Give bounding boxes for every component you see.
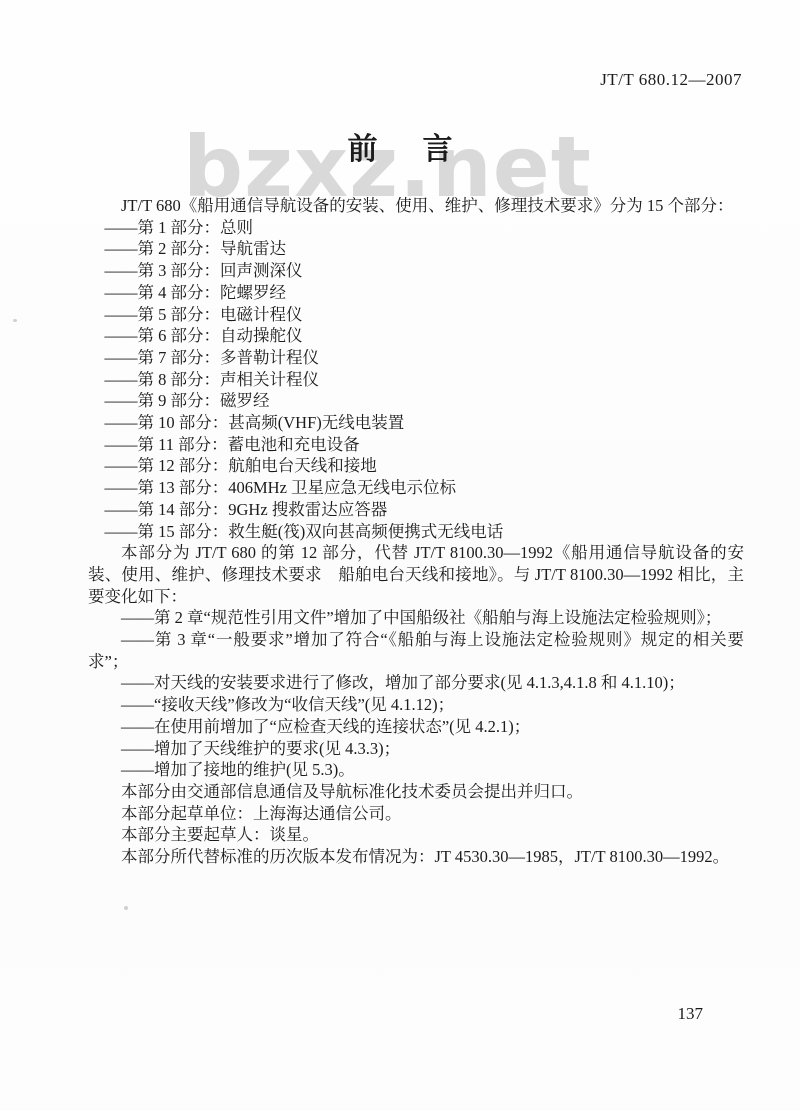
closing-line: 本部分由交通部信息通信及导航标准化技术委员会提出并归口。 [88, 781, 744, 803]
replacement-paragraph: 本部分为 JT/T 680 的第 12 部分，代替 JT/T 8100.30—1… [88, 542, 744, 607]
change-item: ——对天线的安装要求进行了修改，增加了部分要求(见 4.1.3,4.1.8 和 … [88, 672, 744, 694]
change-item: ——增加了天线维护的要求(见 4.3.3)； [88, 738, 744, 760]
foreword-body: JT/T 680《船用通信导航设备的安装、使用、维护、修理技术要求》分为 15 … [88, 195, 744, 868]
part-item: ——第 14 部分：9GHz 搜救雷达应答器 [88, 499, 744, 521]
part-item: ——第 2 部分：导航雷达 [88, 238, 744, 260]
change-item: ——第 3 章“一般要求”增加了符合“《船舶与海上设施法定检验规则》规定的相关要… [88, 629, 744, 672]
page-title-char-2: 言 [423, 124, 453, 168]
change-item: ——在使用前增加了“应检查天线的连接状态”(见 4.2.1)； [88, 716, 744, 738]
part-item: ——第 3 部分：回声测深仪 [88, 260, 744, 282]
part-item: ——第 13 部分：406MHz 卫星应急无线电示位标 [88, 477, 744, 499]
part-item: ——第 8 部分：声相关计程仪 [88, 369, 744, 391]
part-item: ——第 10 部分：甚高频(VHF)无线电装置 [88, 412, 744, 434]
scan-artifact-speck [124, 906, 128, 910]
change-item: ——第 2 章“规范性引用文件”增加了中国船级社《船舶与海上设施法定检验规则》； [88, 607, 744, 629]
scan-artifact-speck [13, 319, 17, 322]
part-item: ——第 4 部分：陀螺罗经 [88, 282, 744, 304]
part-item: ——第 6 部分：自动操舵仪 [88, 325, 744, 347]
foreword-intro: JT/T 680《船用通信导航设备的安装、使用、维护、修理技术要求》分为 15 … [88, 195, 744, 217]
part-item: ——第 12 部分：航舶电台天线和接地 [88, 455, 744, 477]
scanned-document-page: JT/T 680.12—2007 bzxz.net 前 言 JT/T 680《船… [0, 0, 800, 1111]
change-item: ——“接收天线”修改为“收信天线”(见 4.1.12)； [88, 694, 744, 716]
closing-line: 本部分起草单位：上海海达通信公司。 [88, 803, 744, 825]
page-title-char-1: 前 [348, 124, 378, 168]
standard-number-header: JT/T 680.12—2007 [600, 70, 742, 90]
closing-line: 本部分主要起草人：谈星。 [88, 824, 744, 846]
change-item: ——增加了接地的维护(见 5.3)。 [88, 759, 744, 781]
part-item: ——第 15 部分：救生艇(筏)双向甚高频便携式无线电话 [88, 521, 744, 543]
part-item: ——第 7 部分：多普勒计程仪 [88, 347, 744, 369]
part-item: ——第 11 部分：蓄电池和充电设备 [88, 434, 744, 456]
part-item: ——第 1 部分：总则 [88, 217, 744, 239]
part-item: ——第 9 部分：磁罗经 [88, 390, 744, 412]
page-title: 前 言 [0, 124, 800, 168]
page-number: 137 [678, 1004, 704, 1024]
part-item: ——第 5 部分：电磁计程仪 [88, 304, 744, 326]
closing-line: 本部分所代替标准的历次版本发布情况为：JT 4530.30—1985，JT/T … [88, 846, 744, 868]
